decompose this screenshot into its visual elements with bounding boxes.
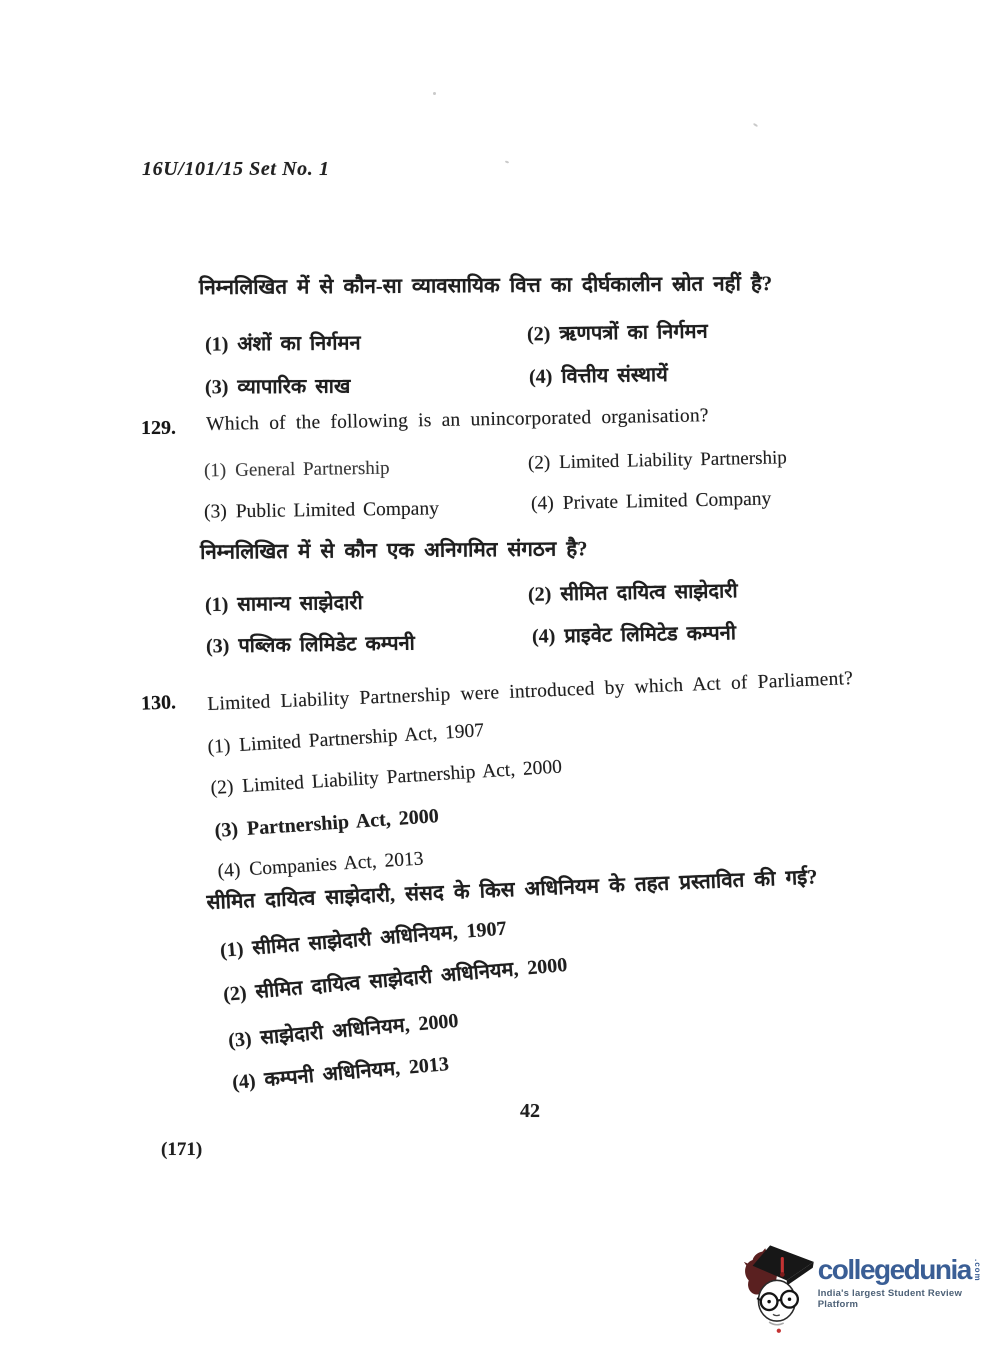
option-label: (3) [204, 501, 227, 522]
option-label: (1) [204, 460, 226, 481]
option-text: सामान्य साझेदारी [237, 592, 363, 616]
option-label: (3) [214, 818, 239, 841]
question-129-option-2-hi: (2)सीमित दायित्व साझेदारी [528, 576, 738, 607]
option-text: Companies Act, 2013 [249, 848, 424, 880]
option-label: (4) [531, 493, 554, 514]
option-label: (4) [532, 625, 556, 647]
scan-speck [753, 123, 758, 128]
option-text: व्यापारिक साख [237, 376, 350, 399]
question-129-option-4-en: (4)Private Limited Company [531, 488, 772, 515]
option-label: (2) [222, 982, 247, 1006]
question-130-option-4-en: (4)Companies Act, 2013 [217, 848, 424, 883]
scan-speck [505, 160, 509, 163]
option-label: (2) [528, 583, 552, 605]
question-130-option-2-en: (2)Limited Liability Partnership Act, 20… [210, 757, 563, 800]
option-text: ऋणपत्रों का निर्गमन [559, 321, 708, 345]
question-128-text-hindi: निम्नलिखित में से कौन-सा व्यावसायिक वित्… [199, 269, 772, 301]
question-130-option-3-en: (3)Partnership Act, 2000 [214, 805, 439, 843]
option-text: पब्लिक लिमिडेट कम्पनी [238, 633, 415, 657]
option-label: (1) [205, 333, 229, 355]
question-129-text-hindi: निम्नलिखित में से कौन एक अनिगमित संगठन ह… [200, 534, 588, 565]
question-130-option-1-en: (1)Limited Partnership Act, 1907 [207, 720, 485, 759]
option-label: (4) [217, 860, 241, 882]
paper-set-code: 16U/101/15 Set No. 1 [142, 158, 330, 181]
option-label: (3) [206, 635, 230, 657]
page-number: 42 [520, 1100, 540, 1123]
logo-tagline: India's largest Student Review Platform [818, 1288, 1000, 1310]
booklet-code: (171) [161, 1139, 202, 1161]
scanned-exam-page: 16U/101/15 Set No. 1 निम्नलिखित में से क… [0, 0, 1001, 1356]
option-text: Limited Liability Partnership [559, 447, 787, 473]
question-128-option-3: (3)व्यापारिक साख [205, 372, 350, 400]
question-130-option-4-hi: (4)कम्पनी अधिनियम, 2013 [231, 1049, 450, 1095]
option-label: (4) [529, 366, 553, 388]
question-129-text-english: Which of the following is an unincorpora… [206, 405, 709, 436]
option-text: सीमित साझेदारी अधिनियम, 1907 [252, 917, 508, 959]
question-129-option-1-hi: (1)सामान्य साझेदारी [205, 588, 363, 617]
question-130-option-3-hi: (3)साझेदारी अधिनियम, 2000 [227, 1006, 459, 1053]
option-label: (1) [219, 938, 244, 962]
option-label: (2) [527, 323, 551, 345]
option-label: (1) [207, 736, 231, 758]
option-text: सीमित दायित्व साझेदारी [560, 580, 738, 605]
question-128-option-2: (2)ऋणपत्रों का निर्गमन [527, 317, 708, 347]
option-text: Limited Partnership Act, 1907 [239, 720, 485, 756]
option-text: प्राइवेट लिमिटेड कम्पनी [564, 622, 736, 647]
option-label: (3) [227, 1028, 252, 1052]
option-label: (3) [205, 376, 228, 398]
scan-speck [433, 92, 436, 95]
option-text: Partnership Act, 2000 [246, 805, 439, 840]
question-128-option-4: (4)वित्तीय संस्थायें [529, 360, 668, 389]
option-text: Private Limited Company [563, 488, 772, 513]
option-text: Limited Liability Partnership Act, 2000 [242, 757, 563, 798]
question-130-option-1-hi: (1)सीमित साझेदारी अधिनियम, 1907 [219, 913, 507, 962]
logo-brand-name: collegedunia [818, 1256, 971, 1284]
question-130-text-english: Limited Liability Partnership were intro… [207, 668, 853, 716]
option-label: (2) [210, 777, 234, 799]
question-129-option-1-en: (1)General Partnership [204, 458, 390, 483]
logo-domain-suffix: .com [973, 1259, 982, 1283]
collegedunia-mascot-icon [740, 1244, 816, 1338]
question-129-option-2-en: (2)Limited Liability Partnership [528, 447, 787, 474]
option-text: अंशों का निर्गमन [237, 332, 360, 355]
question-129-number: 129. [141, 417, 176, 440]
option-text: सीमित दायित्व साझेदारी अधिनियम, 2000 [255, 954, 569, 1003]
option-text: Public Limited Company [236, 498, 439, 522]
option-text: General Partnership [235, 458, 390, 481]
option-label: (2) [528, 452, 551, 473]
option-label: (1) [205, 594, 229, 616]
logo-text-block: collegedunia .com India's largest Studen… [818, 1256, 1000, 1310]
option-label: (4) [231, 1070, 256, 1094]
question-130-number: 130. [141, 691, 177, 715]
option-text: वित्तीय संस्थायें [561, 364, 668, 388]
question-129-option-3-en: (3)Public Limited Company [204, 498, 439, 523]
question-128-option-1: (1)अंशों का निर्गमन [205, 328, 361, 356]
question-129-option-3-hi: (3)पब्लिक लिमिडेट कम्पनी [206, 629, 415, 659]
question-129-option-4-hi: (4)प्राइवेट लिमिटेड कम्पनी [532, 618, 736, 649]
option-text: साझेदारी अधिनियम, 2000 [260, 1010, 460, 1049]
option-text: कम्पनी अधिनियम, 2013 [264, 1053, 450, 1091]
collegedunia-logo: collegedunia .com India's largest Studen… [740, 1244, 1000, 1340]
